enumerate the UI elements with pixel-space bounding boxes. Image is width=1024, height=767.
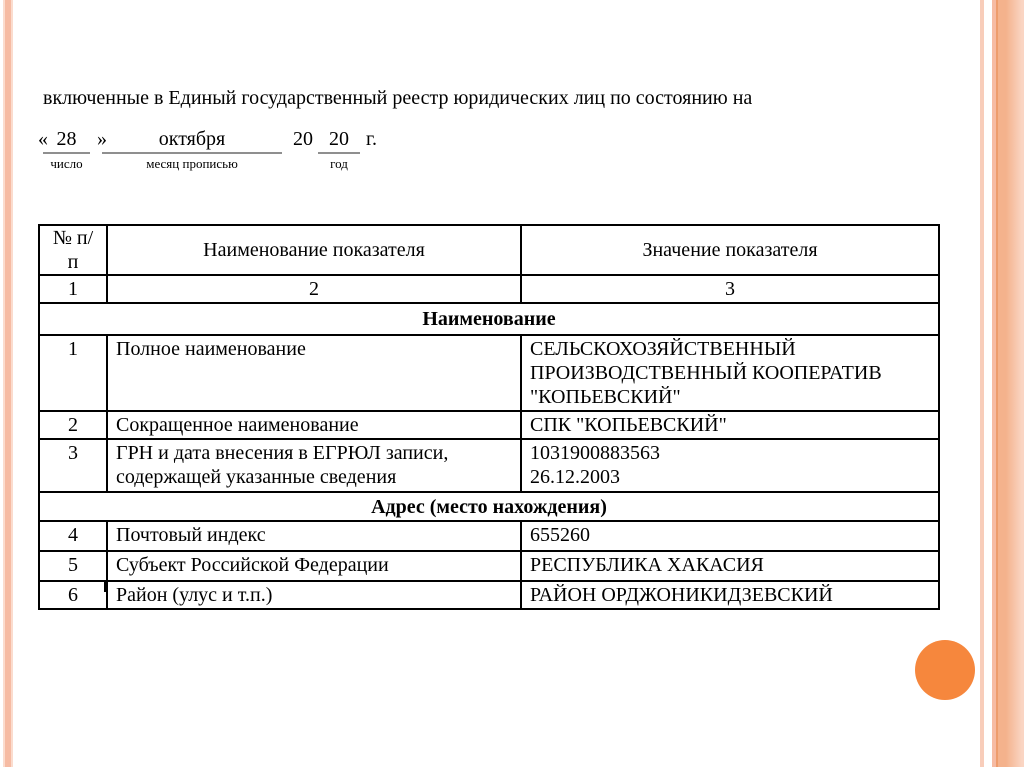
header-name: Наименование показателя [107, 225, 521, 275]
table-row: 3 ГРН и дата внесения в ЕГРЮЛ записи, со… [39, 439, 939, 492]
intro-paragraph: включенные в Единый государственный реес… [43, 86, 943, 110]
column-number-row: 1 2 3 [39, 275, 939, 303]
row-name: Почтовый индекс [107, 521, 521, 551]
year-suffix: г. [366, 126, 377, 152]
row-name: Район (улус и т.п.) [107, 581, 521, 609]
section-title: Наименование [39, 303, 939, 335]
table-row: 1 Полное наименование СЕЛЬСКОХОЗЯЙСТВЕНН… [39, 335, 939, 411]
registry-table: № п/п Наименование показателя Значение п… [38, 224, 940, 610]
column-number-1: 1 [39, 275, 107, 303]
year-label: год [318, 157, 360, 171]
row-name: Субъект Российской Федерации [107, 551, 521, 581]
table-row: 2 Сокращенное наименование СПК "КОПЬЕВСК… [39, 411, 939, 439]
row-num: 2 [39, 411, 107, 439]
right-edge-thin-stripe [980, 0, 984, 767]
row-value: СЕЛЬСКОХОЗЯЙСТВЕННЫЙ ПРОИЗВОДСТВЕННЫЙ КО… [521, 335, 939, 411]
row-num: 5 [39, 551, 107, 581]
row-value: 1031900883563 26.12.2003 [521, 439, 939, 492]
row-num: 4 [39, 521, 107, 551]
accent-circle [915, 640, 975, 700]
century-prefix: 20 [293, 126, 313, 152]
section-title: Адрес (место нахождения) [39, 492, 939, 521]
row-value: СПК "КОПЬЕВСКИЙ" [521, 411, 939, 439]
table-continuation-stub [520, 581, 522, 592]
row-name: Полное наименование [107, 335, 521, 411]
header-value: Значение показателя [521, 225, 939, 275]
row-name: ГРН и дата внесения в ЕГРЮЛ записи, соде… [107, 439, 521, 492]
row-num: 1 [39, 335, 107, 411]
section-row-name: Наименование [39, 303, 939, 335]
row-name: Сокращенное наименование [107, 411, 521, 439]
row-value: РЕСПУБЛИКА ХАКАСИЯ [521, 551, 939, 581]
column-number-2: 2 [107, 275, 521, 303]
left-edge-stripe [3, 0, 13, 767]
month-label: месяц прописью [102, 157, 282, 171]
header-num: № п/п [39, 225, 107, 275]
section-row-address: Адрес (место нахождения) [39, 492, 939, 521]
table-row: 5 Субъект Российской Федерации РЕСПУБЛИК… [39, 551, 939, 581]
table-row: 6 Район (улус и т.п.) РАЙОН ОРДЖОНИКИДЗЕ… [39, 581, 939, 609]
row-value: РАЙОН ОРДЖОНИКИДЗЕВСКИЙ [521, 581, 939, 609]
day-label: число [43, 157, 90, 171]
table-row: 4 Почтовый индекс 655260 [39, 521, 939, 551]
table-continuation-stub [38, 581, 40, 592]
row-num: 6 [39, 581, 107, 609]
column-number-3: 3 [521, 275, 939, 303]
row-value: 655260 [521, 521, 939, 551]
table-continuation-stub [104, 581, 106, 592]
row-num: 3 [39, 439, 107, 492]
date-line: « 28 » октября 20 20 г. число месяц проп… [38, 126, 438, 178]
right-edge-stripe-band [992, 0, 1024, 767]
table-header-row: № п/п Наименование показателя Значение п… [39, 225, 939, 275]
